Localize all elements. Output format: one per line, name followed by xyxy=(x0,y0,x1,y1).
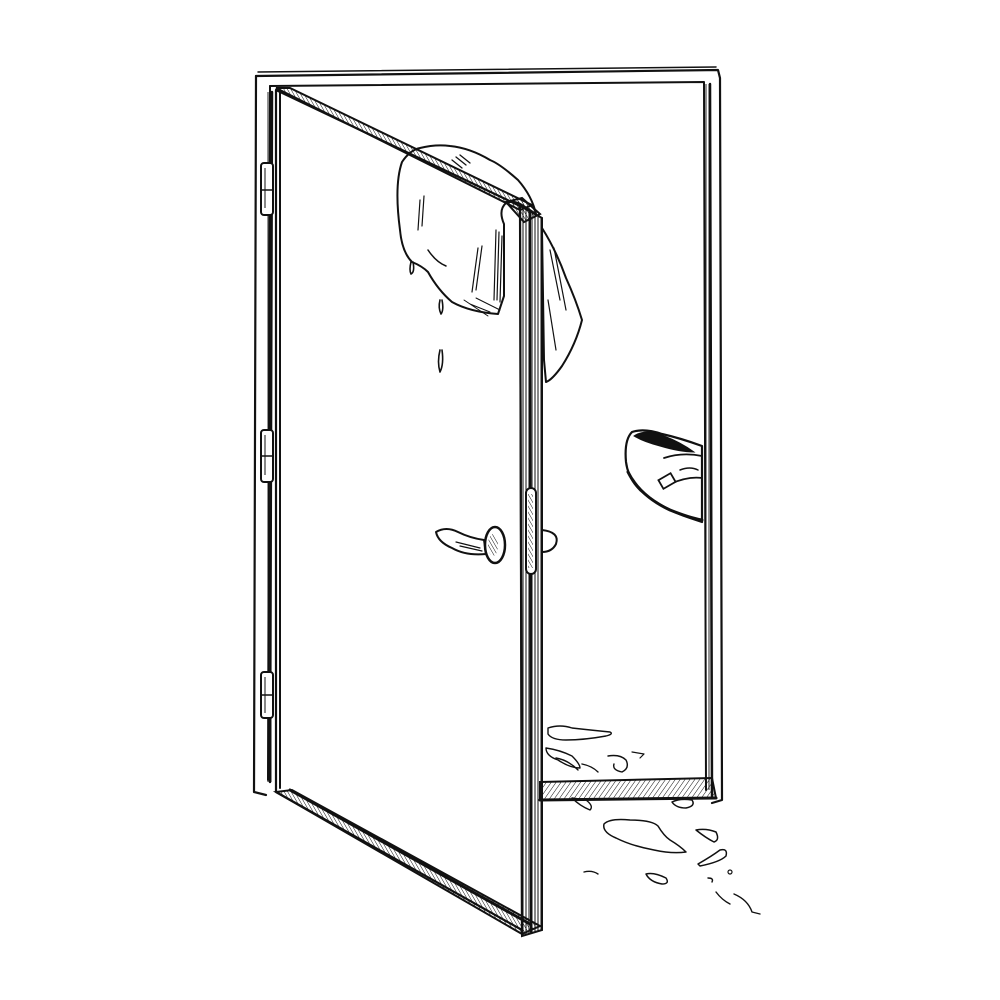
water-puddles xyxy=(546,726,760,914)
upper-hinge xyxy=(261,163,273,215)
loafer-shoe xyxy=(626,430,702,522)
door-illustration xyxy=(0,0,1000,1000)
middle-hinge xyxy=(261,430,273,482)
wet-towel xyxy=(397,145,582,382)
lower-hinge xyxy=(261,672,273,718)
water-drips xyxy=(410,262,443,372)
door-handle[interactable] xyxy=(436,527,505,563)
